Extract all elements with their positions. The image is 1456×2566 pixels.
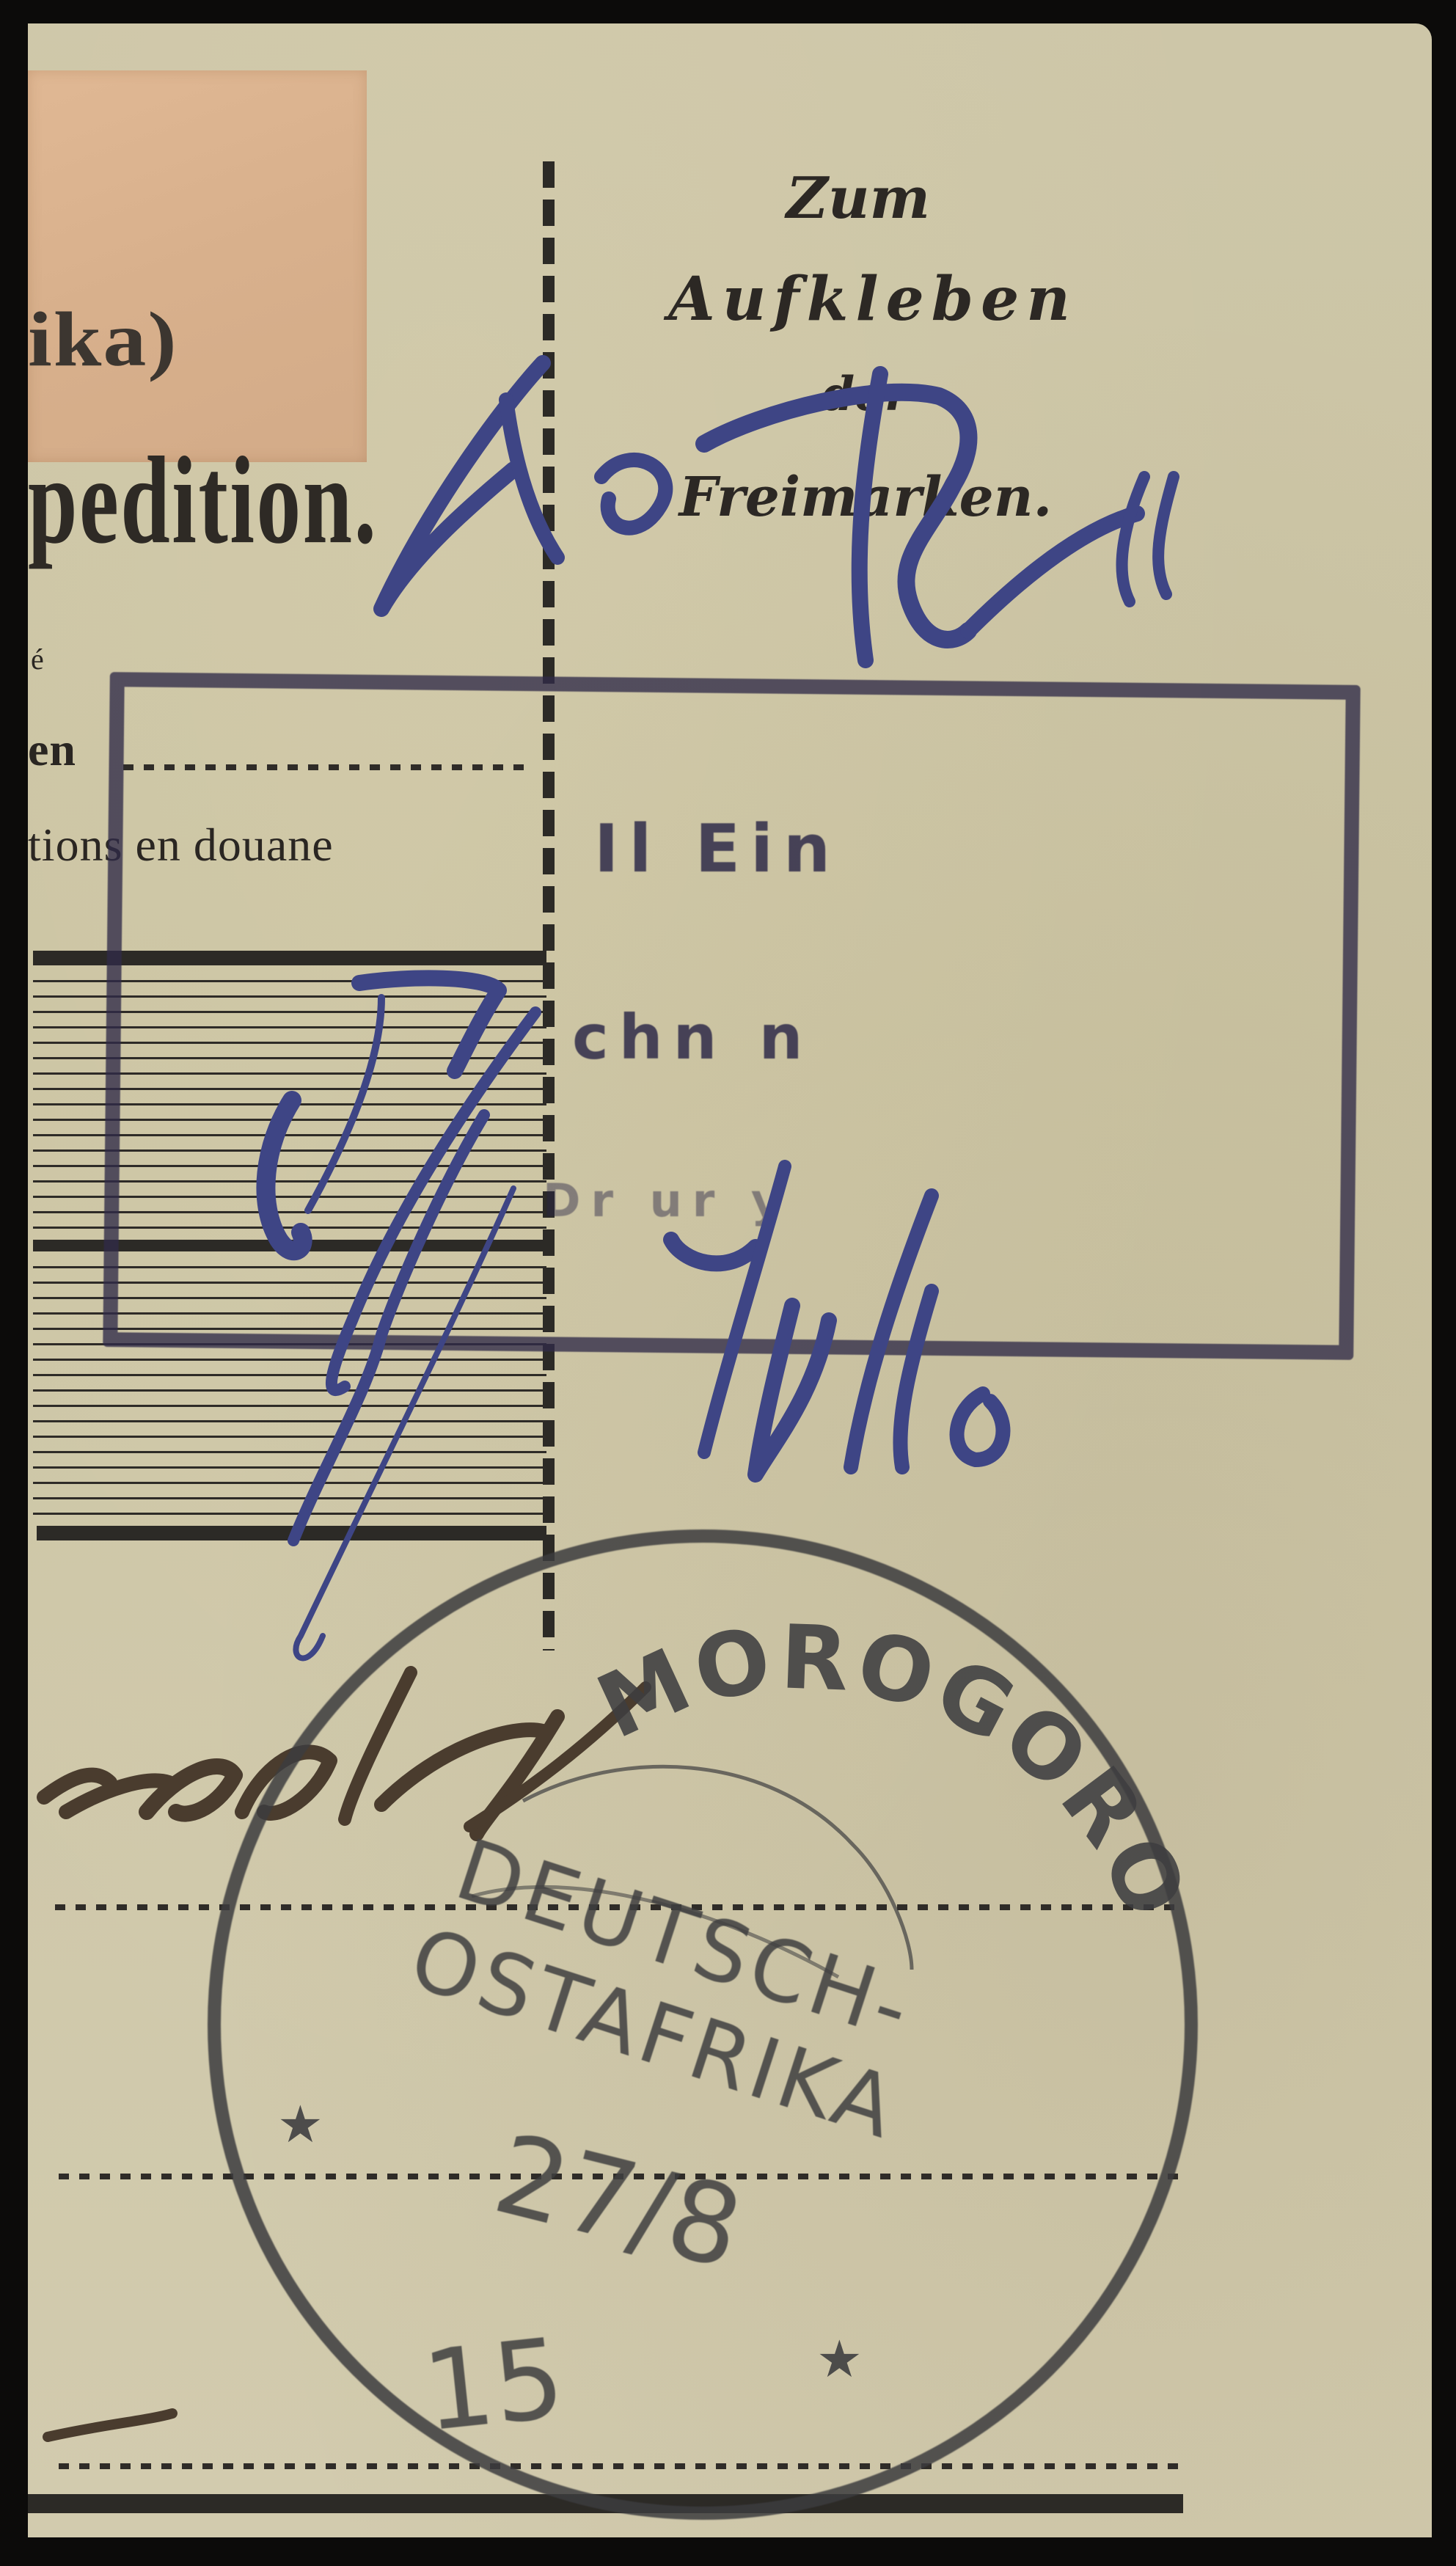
postmark-year: 15	[400, 2313, 588, 2458]
postmark-star-left-icon: ★	[277, 2094, 323, 2155]
middle-signature-strokes	[671, 1166, 1003, 1474]
postmark: MOROGORO DEUTSCH-OSTAFRIKA 27/8 15 ★ ★	[208, 1529, 1198, 2520]
top-signature-strokes	[381, 363, 1174, 660]
postmark-star-right-icon: ★	[816, 2329, 863, 2390]
